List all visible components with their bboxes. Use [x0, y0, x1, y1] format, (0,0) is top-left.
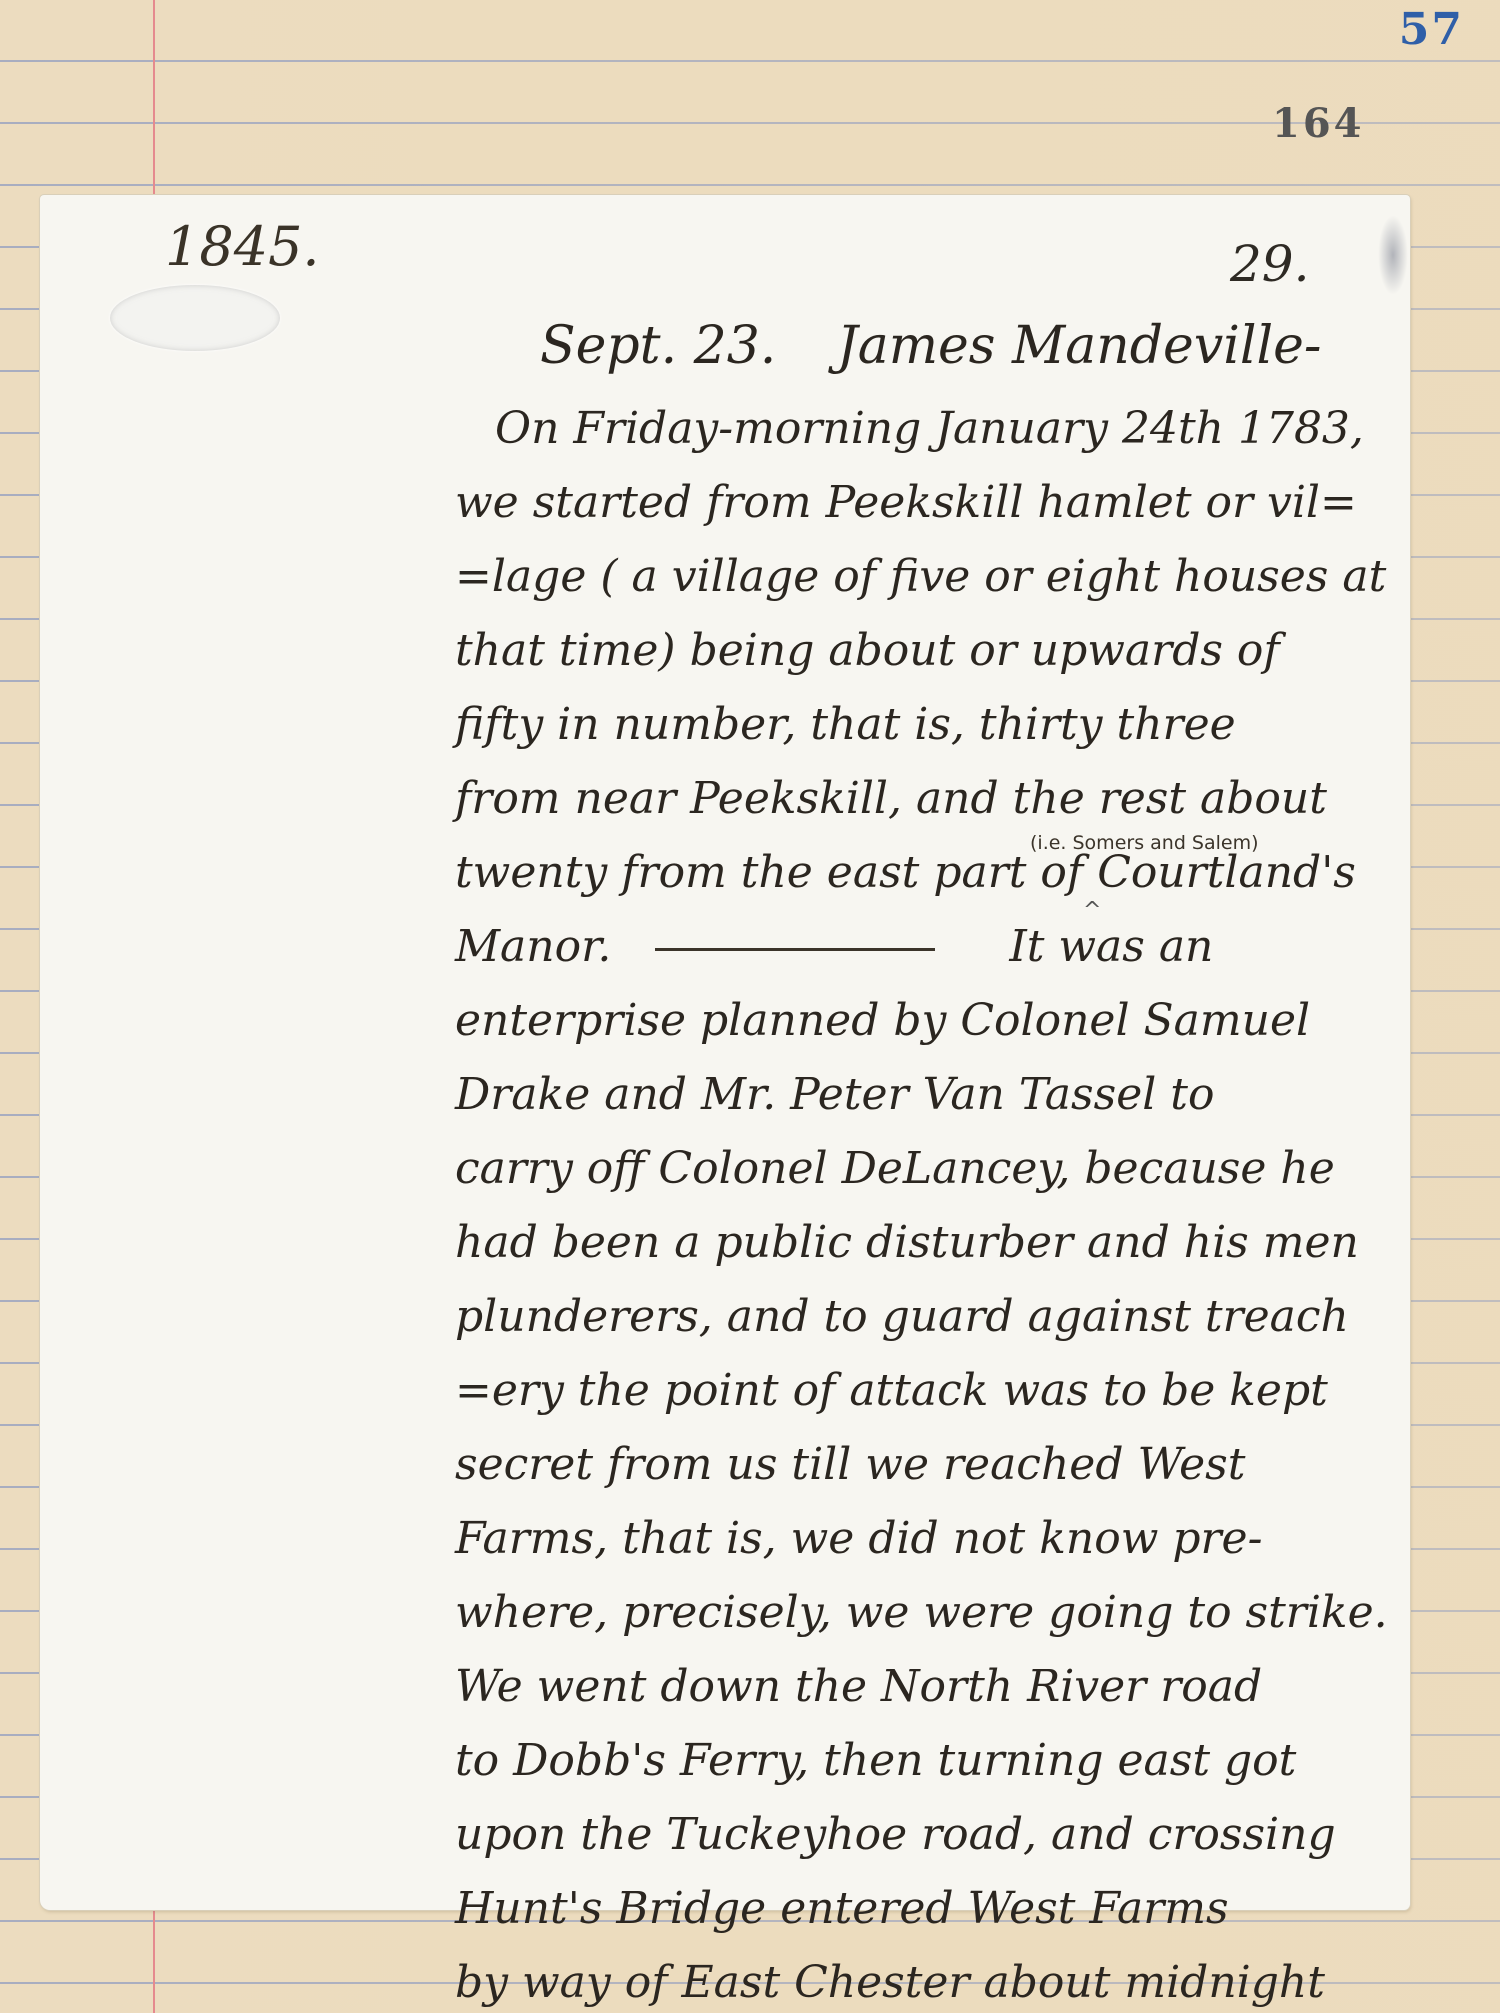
stamped-folio-number: 57	[1399, 4, 1464, 55]
text-line: Farms, that is, we did not know pre-	[455, 1502, 1405, 1576]
text-line: On Friday-morning January 24th 1783,	[455, 392, 1405, 466]
entry-date: Sept. 23.	[540, 316, 776, 376]
text-line: by way of East Chester about midnight	[455, 1946, 1405, 2013]
entry-heading: Sept. 23. James Mandeville-	[455, 300, 1405, 392]
text-line: we started from Peekskill hamlet or vil=	[455, 466, 1405, 540]
interlinear-note: (i.e. Somers and Salem)	[1030, 834, 1259, 853]
text-line-continuation: It was an	[1009, 921, 1213, 972]
text-line: to Dobb's Ferry, then turning east got	[455, 1724, 1405, 1798]
text-line: from near Peekskill, and the rest about	[455, 762, 1405, 836]
embossed-stationer-seal	[110, 285, 280, 351]
text-line: Manor. It was an	[455, 910, 1405, 984]
text-line: had been a public disturber and his men	[455, 1206, 1405, 1280]
text-line: carry off Colonel DeLancey, because he	[455, 1132, 1405, 1206]
text-line: =lage ( a village of five or eight house…	[455, 540, 1405, 614]
handwritten-page-number: 29.	[1230, 235, 1310, 293]
text-line-content: twenty from the east part of Courtland's	[455, 847, 1356, 898]
manuscript-page: 1845. 29. Sept. 23. James Mandeville- On…	[40, 195, 1410, 1910]
text-line: =ery the point of attack was to be kept	[455, 1354, 1405, 1428]
text-line: upon the Tuckeyhoe road, and crossing	[455, 1798, 1405, 1872]
ink-smudge	[1378, 215, 1408, 295]
text-line-content: from near Peekskill, and the rest about	[455, 773, 1327, 824]
text-line-content: Manor.	[455, 921, 611, 972]
manuscript-text: Sept. 23. James Mandeville- On Friday-mo…	[455, 300, 1405, 2013]
entry-name: James Mandeville-	[837, 316, 1322, 376]
separator-dash	[655, 948, 935, 951]
text-line: that time) being about or upwards of	[455, 614, 1405, 688]
text-line: where, precisely, we were going to strik…	[455, 1576, 1405, 1650]
text-line: secret from us till we reached West	[455, 1428, 1405, 1502]
text-line: Hunt's Bridge entered West Farms	[455, 1872, 1405, 1946]
text-line: (i.e. Somers and Salem) twenty from the …	[455, 836, 1405, 910]
year-heading: 1845.	[165, 215, 320, 278]
text-line: enterprise planned by Colonel Samuel	[455, 984, 1405, 1058]
stamped-page-number: 164	[1272, 100, 1365, 147]
text-line: We went down the North River road	[455, 1650, 1405, 1724]
text-line: plunderers, and to guard against treach	[455, 1280, 1405, 1354]
text-line: Drake and Mr. Peter Van Tassel to	[455, 1058, 1405, 1132]
text-line: fifty in number, that is, thirty three	[455, 688, 1405, 762]
